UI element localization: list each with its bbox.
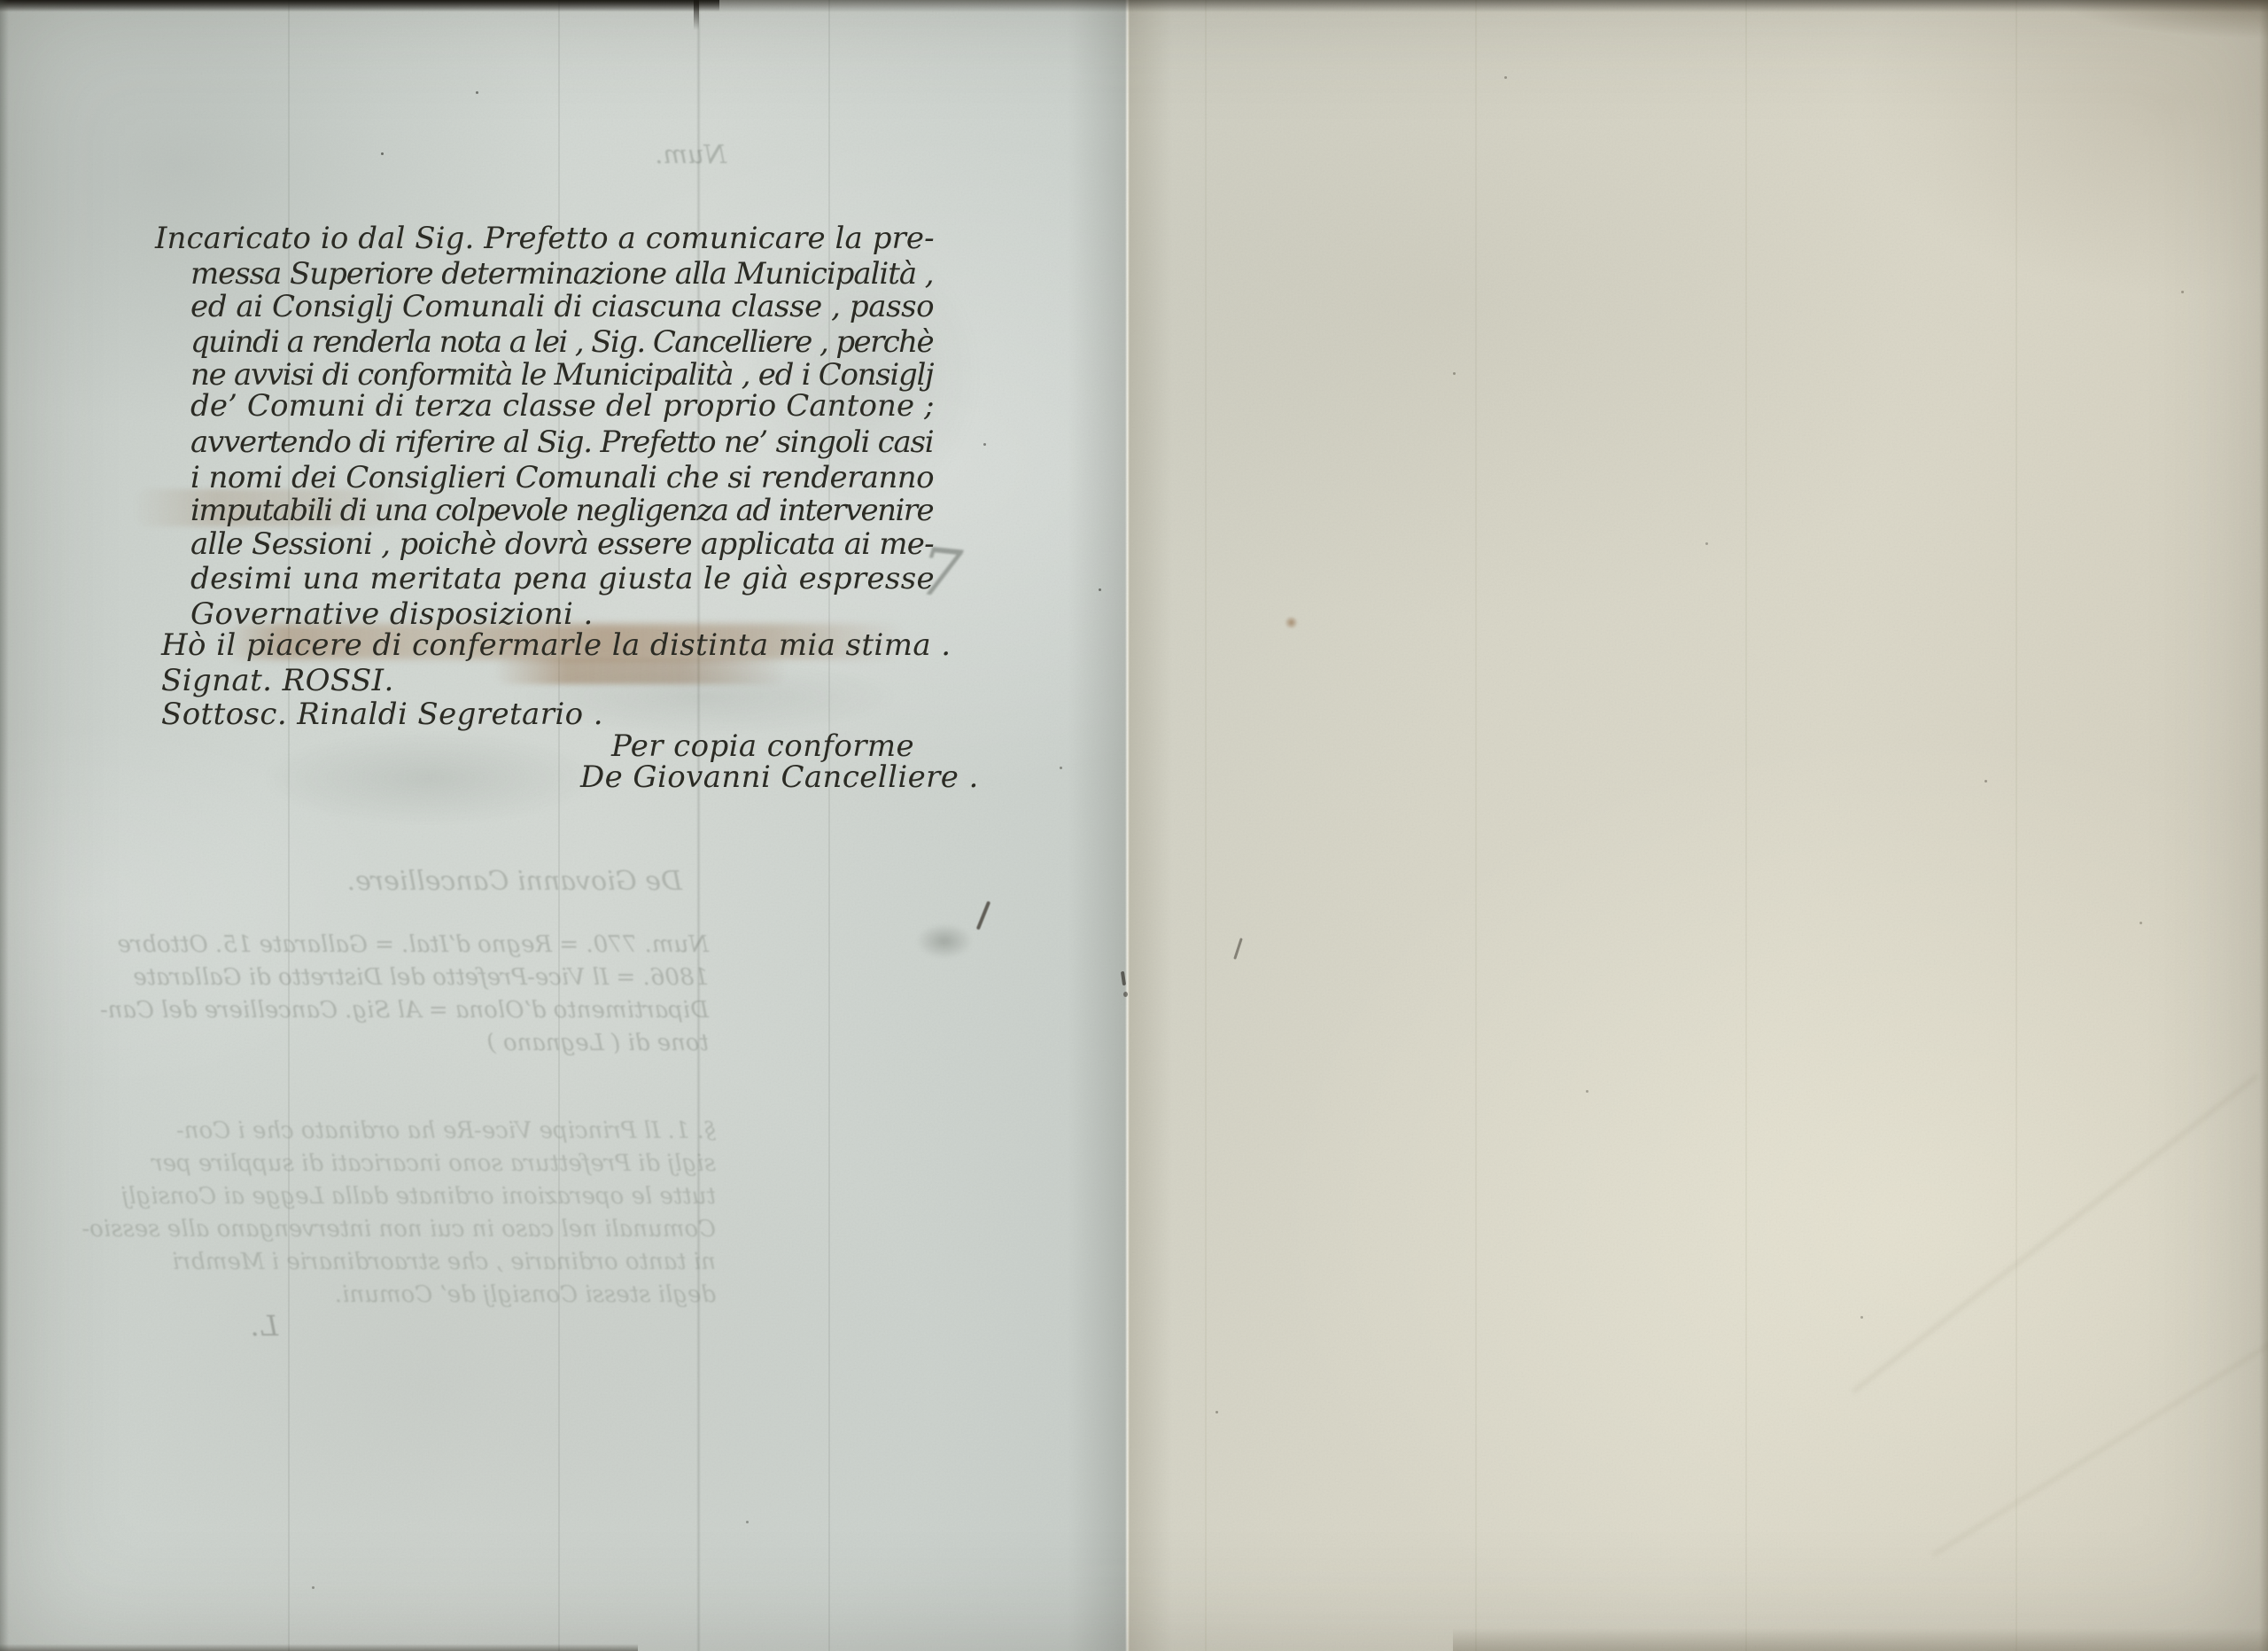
vignette: [0, 0, 2268, 1651]
scanned-document: Num. De Giovanni Cancelliere. Num. 770. …: [0, 0, 2268, 1651]
